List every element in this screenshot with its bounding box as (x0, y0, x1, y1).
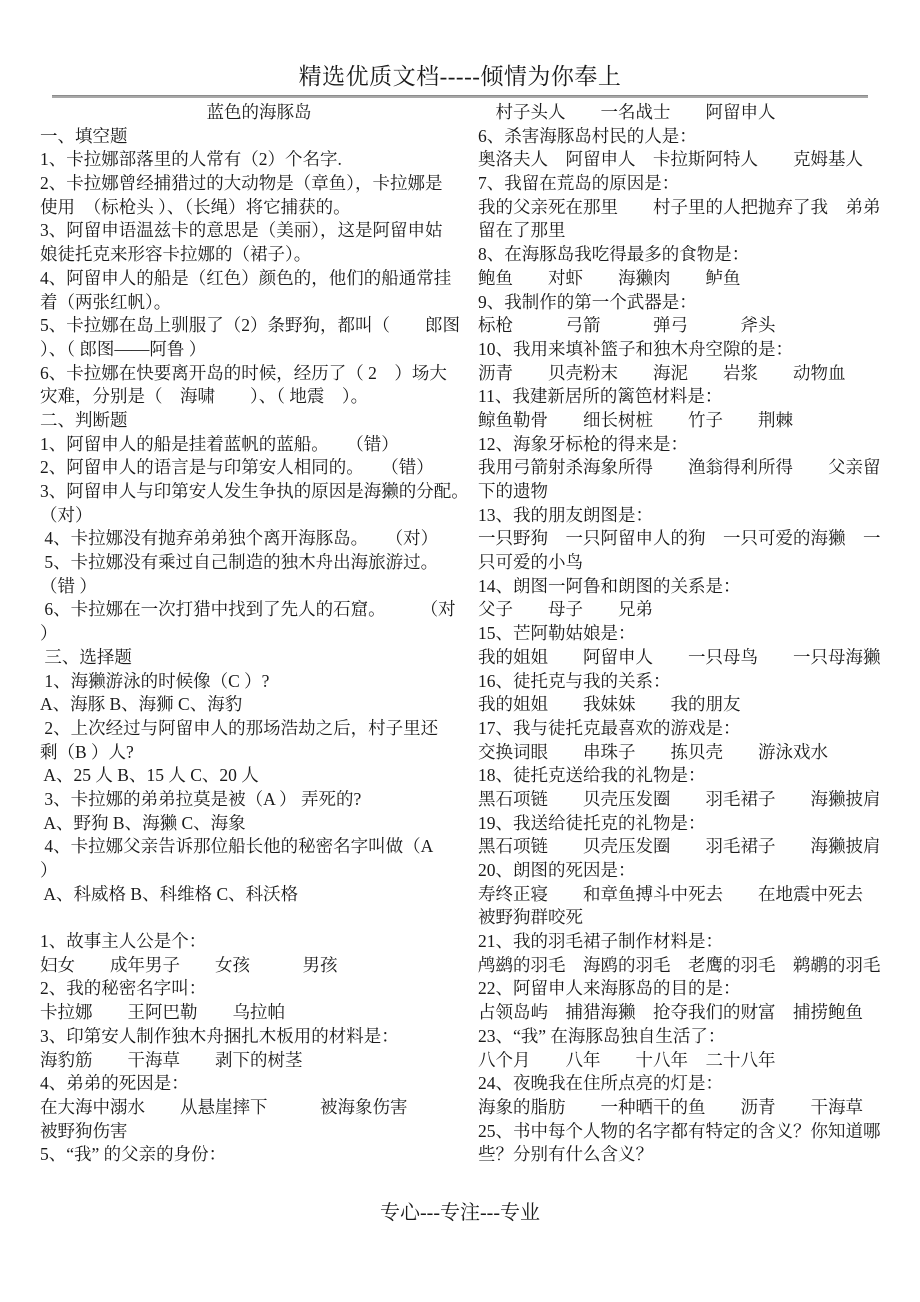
text-line: ） (40, 622, 478, 646)
text-line: 12、海象牙标枪的得来是： (478, 433, 892, 457)
text-line: 1、阿留申人的船是挂着蓝帆的蓝船。 （错） (40, 433, 478, 457)
text-line: 我用弓箭射杀海象所得 渔翁得利所得 父亲留 (478, 456, 892, 480)
text-line: 占领岛屿 捕猎海獭 抢夺我们的财富 捕捞鲍鱼 (478, 1001, 892, 1025)
text-line: 只可爱的小鸟 (478, 551, 892, 575)
left-column-text: 一、填空题1、卡拉娜部落里的人常有（2）个名字.2、卡拉娜曾经捕猎过的大动物是（… (40, 125, 478, 1167)
text-line: 八个月 八年 十八年 二十八年 (478, 1049, 892, 1073)
text-line: 沥青 贝壳粉末 海泥 岩浆 动物血 (478, 362, 892, 386)
text-line: 1、海獭游泳的时候像（C ）? (40, 670, 478, 694)
text-line: 留在了那里 (478, 219, 892, 243)
text-line: ） (40, 859, 478, 883)
text-line: 2、上次经过与阿留申人的那场浩劫之后，村子里还 (40, 717, 478, 741)
text-line: 18、徒托克送给我的礼物是： (478, 764, 892, 788)
text-line: 我的姐姐 阿留申人 一只母鸟 一只母海獭 (478, 646, 892, 670)
text-line: 我的姐姐 我妹妹 我的朋友 (478, 693, 892, 717)
text-line: 使用 （标枪头 ）、（长绳）将它捕获的。 (40, 196, 478, 220)
text-line: 被野狗伤害 (40, 1120, 478, 1144)
text-line: 黑石项链 贝壳压发圈 羽毛裙子 海獭披肩 (478, 788, 892, 812)
text-line: 3、阿留申人与印第安人发生争执的原因是海獭的分配。 (40, 480, 478, 504)
text-line: A、野狗 B、海獭 C、海象 (40, 812, 478, 836)
text-line: 4、弟弟的死因是： (40, 1072, 478, 1096)
text-line: 黑石项链 贝壳压发圈 羽毛裙子 海獭披肩 (478, 835, 892, 859)
text-line: 9、我制作的第一个武器是： (478, 291, 892, 315)
text-line: 一、填空题 (40, 125, 478, 149)
text-line: 1、卡拉娜部落里的人常有（2）个名字. (40, 148, 478, 172)
header-banner: 精选优质文档-----倾情为你奉上 (0, 0, 920, 91)
text-line: 在大海中溺水 从悬崖摔下 被海象伤害 (40, 1096, 478, 1120)
text-line: 三、选择题 (40, 646, 478, 670)
text-line: 5、卡拉娜没有乘过自己制造的独木舟出海旅游过。 (40, 551, 478, 575)
text-line: 16、徒托克与我的关系： (478, 670, 892, 694)
text-line: 14、朗图一阿鲁和朗图的关系是： (478, 575, 892, 599)
text-line: 4、卡拉娜父亲告诉那位船长他的秘密名字叫做（A (40, 835, 478, 859)
text-line: 标枪 弓箭 弹弓 斧头 (478, 314, 892, 338)
text-line: 4、卡拉娜没有抛弃弟弟独个离开海豚岛。 （对） (40, 527, 478, 551)
text-line: 1、故事主人公是个： (40, 930, 478, 954)
document-page: 精选优质文档-----倾情为你奉上 蓝色的海豚岛 一、填空题1、卡拉娜部落里的人… (0, 0, 920, 1302)
text-line: 2、卡拉娜曾经捕猎过的大动物是（章鱼），卡拉娜是 (40, 172, 478, 196)
text-line: 17、我与徒托克最喜欢的游戏是： (478, 717, 892, 741)
text-line: 21、我的羽毛裙子制作材料是： (478, 930, 892, 954)
text-line: 3、卡拉娜的弟弟拉莫是被（A ） 弄死的? (40, 788, 478, 812)
text-line: 5、“我” 的父亲的身份： (40, 1143, 478, 1167)
text-line: A、科威格 B、科维格 C、科沃格 (40, 883, 478, 907)
text-line: 2、我的秘密名字叫： (40, 977, 478, 1001)
text-line: 海豹筋 干海草 剥下的树茎 (40, 1049, 478, 1073)
text-line: 卡拉娜 王阿巴勒 乌拉帕 (40, 1001, 478, 1025)
text-line: 13、我的朋友朗图是： (478, 504, 892, 528)
text-line: （对） (40, 504, 478, 528)
footer-slogan: 专心---专注---专业 (0, 1196, 920, 1225)
text-line: 寿终正寝 和章鱼搏斗中死去 在地震中死去 (478, 883, 892, 907)
right-column-text: 村子头人 一名战士 阿留申人6、杀害海豚岛村民的人是：奥洛夫人 阿留申人 卡拉斯… (478, 101, 892, 1167)
text-line: 6、卡拉娜在快要离开岛的时候，经历了（ 2 ）场大 (40, 362, 478, 386)
right-column: 村子头人 一名战士 阿留申人6、杀害海豚岛村民的人是：奥洛夫人 阿留申人 卡拉斯… (478, 101, 892, 1167)
text-line: 鲸鱼勒骨 细长树桩 竹子 荆棘 (478, 409, 892, 433)
text-line: 7、我留在荒岛的原因是： (478, 172, 892, 196)
text-line: 鲍鱼 对虾 海獭肉 鲈鱼 (478, 267, 892, 291)
text-line: 被野狗群咬死 (478, 906, 892, 930)
text-line: 3、阿留申语温兹卡的意思是（美丽），这是阿留申姑 (40, 219, 478, 243)
text-line: 鸬鹚的羽毛 海鸥的羽毛 老鹰的羽毛 鹈鹕的羽毛 (478, 954, 892, 978)
text-line: A、海豚 B、海狮 C、海豹 (40, 693, 478, 717)
document-title: 蓝色的海豚岛 (40, 101, 478, 125)
text-line: 剩（B ）人? (40, 741, 478, 765)
text-line: 5、卡拉娜在岛上驯服了（2）条野狗，都叫（ 郎图 (40, 314, 478, 338)
text-line: 6、卡拉娜在一次打猎中找到了先人的石窟。 （对 (40, 598, 478, 622)
text-line: 交换词眼 串珠子 拣贝壳 游泳戏水 (478, 741, 892, 765)
text-line: 些？分别有什么含义？ (478, 1143, 892, 1167)
text-line: A、25 人 B、15 人 C、20 人 (40, 764, 478, 788)
text-line: 25、书中每个人物的名字都有特定的含义？你知道哪 (478, 1120, 892, 1144)
left-column: 蓝色的海豚岛 一、填空题1、卡拉娜部落里的人常有（2）个名字.2、卡拉娜曾经捕猎… (40, 101, 478, 1167)
text-line: 二、判断题 (40, 409, 478, 433)
document-body: 蓝色的海豚岛 一、填空题1、卡拉娜部落里的人常有（2）个名字.2、卡拉娜曾经捕猎… (0, 98, 920, 1167)
text-line: 奥洛夫人 阿留申人 卡拉斯阿特人 克姆基人 (478, 148, 892, 172)
text-line: 19、我送给徒托克的礼物是： (478, 812, 892, 836)
text-line: 15、芒阿勒姑娘是： (478, 622, 892, 646)
text-line: 娘徒托克来形容卡拉娜的（裙子）。 (40, 243, 478, 267)
text-line: （错 ） (40, 575, 478, 599)
text-line: 2、阿留申人的语言是与印第安人相同的。 （错） (40, 456, 478, 480)
text-line: 24、夜晚我在住所点亮的灯是： (478, 1072, 892, 1096)
text-line: 着（两张红帆）。 (40, 291, 478, 315)
text-line: 20、朗图的死因是： (478, 859, 892, 883)
text-line: 妇女 成年男子 女孩 男孩 (40, 954, 478, 978)
text-line: 我的父亲死在那里 村子里的人把抛弃了我 弟弟 (478, 196, 892, 220)
text-line: ）、（ 郎图——阿鲁 ） (40, 338, 478, 362)
text-line: 村子头人 一名战士 阿留申人 (478, 101, 892, 125)
text-line: 22、阿留申人来海豚岛的目的是： (478, 977, 892, 1001)
text-line: 灾难，分别是（ 海啸 ）、（ 地震 ）。 (40, 385, 478, 409)
text-line: 父子 母子 兄弟 (478, 598, 892, 622)
text-line: 一只野狗 一只阿留申人的狗 一只可爱的海獭 一 (478, 527, 892, 551)
text-line (40, 906, 478, 930)
text-line: 11、我建新居所的篱笆材料是： (478, 385, 892, 409)
text-line: 4、阿留申人的船是（红色）颜色的，他们的船通常挂 (40, 267, 478, 291)
text-line: 10、我用来填补篮子和独木舟空隙的是： (478, 338, 892, 362)
text-line: 3、印第安人制作独木舟捆扎木板用的材料是： (40, 1025, 478, 1049)
text-line: 海象的脂肪 一种晒干的鱼 沥青 干海草 (478, 1096, 892, 1120)
text-line: 23、“我” 在海豚岛独自生活了： (478, 1025, 892, 1049)
text-line: 下的遗物 (478, 480, 892, 504)
text-line: 6、杀害海豚岛村民的人是： (478, 125, 892, 149)
text-line: 8、在海豚岛我吃得最多的食物是： (478, 243, 892, 267)
